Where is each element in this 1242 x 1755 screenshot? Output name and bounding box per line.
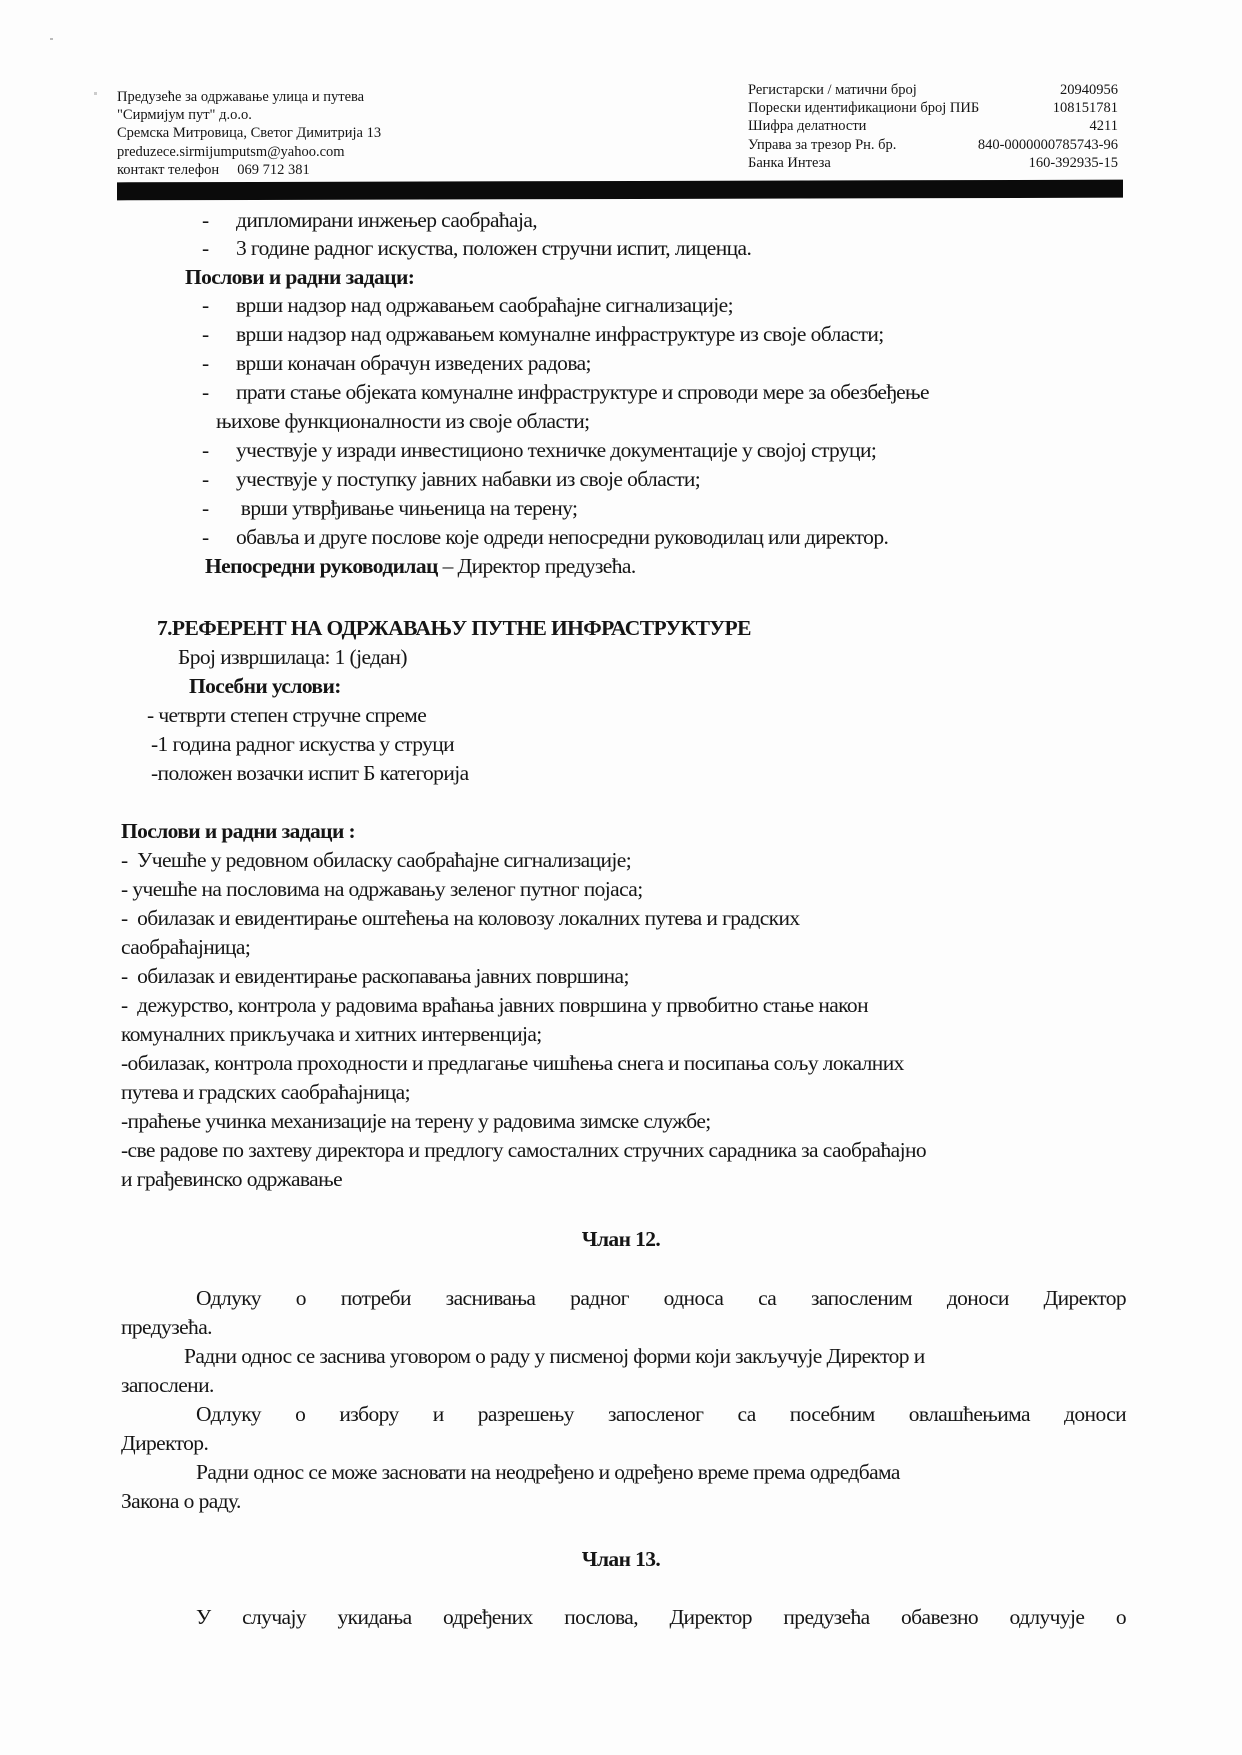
- bullet-dash: -: [202, 321, 209, 347]
- scan-speck: [50, 38, 53, 40]
- bullet-dash: -: [202, 350, 209, 376]
- registry-row: Шифра делатности4211: [748, 117, 1118, 135]
- task-item: - Учешће у редовном обиласку саобраћајне…: [121, 847, 631, 873]
- task-item: врши утврђивање чињеница на терену;: [236, 495, 577, 521]
- article-paragraph-continuation: запослени.: [121, 1372, 214, 1398]
- article-paragraph: Радни однос се може засновати на неодређ…: [196, 1459, 900, 1485]
- task-item-continuation: и грађевинско одржавање: [121, 1166, 342, 1192]
- company-short-name: "Сирмијум пут" д.о.о.: [117, 106, 381, 124]
- supervisor-line: Непосредни руководилац – Директор предуз…: [205, 553, 636, 579]
- task-item: - дежурство, контрола у радовима враћања…: [121, 992, 868, 1018]
- condition-item: - четврти степен стручне спреме: [147, 702, 426, 728]
- bullet-dash: -: [202, 292, 209, 318]
- registry-row: Регистарски / матични број20940956: [748, 81, 1118, 99]
- article-paragraph: Радни однос се заснива уговором о раду у…: [184, 1343, 925, 1369]
- registry-row: Банка Интеза160-392935-15: [748, 154, 1118, 172]
- company-phone: контакт телефон 069 712 381: [117, 161, 381, 179]
- registry-row: Порески идентификациони број ПИБ10815178…: [748, 99, 1118, 117]
- company-name: Предузеће за одржавање улица и путева: [117, 88, 381, 106]
- section-title: 7.РЕФЕРЕНТ НА ОДРЖАВАЊУ ПУТНЕ ИНФРАСТРУК…: [157, 615, 751, 641]
- task-item: прати стање објеката комуналне инфрастру…: [236, 379, 1116, 405]
- task-item-continuation: саобраћајница;: [121, 934, 250, 960]
- bullet-dash: -: [202, 235, 209, 261]
- task-item: -обилазак, контрола проходности и предла…: [121, 1050, 904, 1076]
- tasks-heading: Послови и радни задаци :: [121, 818, 355, 844]
- task-item: врши надзор над одржавањем комуналне инф…: [236, 321, 884, 347]
- condition-item: 3 године радног искуства, положен стручн…: [236, 235, 751, 261]
- bullet-dash: -: [202, 524, 209, 550]
- article-paragraph: У случају укидања одређених послова, Дир…: [196, 1604, 1126, 1630]
- executors-count: Број извршилаца: 1 (један): [178, 644, 407, 670]
- bullet-dash: -: [202, 466, 209, 492]
- company-address: Сремска Митровица, Светог Димитрија 13: [117, 124, 381, 142]
- task-item: врши надзор над одржавањем саобраћајне с…: [236, 292, 733, 318]
- article-paragraph-continuation: Закона о раду.: [121, 1488, 241, 1514]
- task-item-continuation: комуналних прикључака и хитних интервенц…: [121, 1021, 542, 1047]
- article-paragraph-continuation: предузећа.: [121, 1314, 212, 1340]
- article-paragraph: Одлуку о потреби заснивања радног односа…: [196, 1285, 1126, 1311]
- special-conditions-heading: Посебни услови:: [189, 673, 341, 699]
- task-item: учествује у поступку јавних набавки из с…: [236, 466, 700, 492]
- condition-item: дипломирани инжењер саобраћаја,: [236, 207, 537, 233]
- tasks-heading: Послови и радни задаци:: [185, 264, 414, 290]
- article-title: Члан 12.: [0, 1226, 1242, 1252]
- bullet-dash: -: [202, 207, 209, 233]
- task-item-continuation: путева и градских саобраћајница;: [121, 1079, 410, 1105]
- article-paragraph-continuation: Директор.: [121, 1430, 208, 1456]
- task-item: врши коначан обрачун изведених радова;: [236, 350, 591, 376]
- task-item: -праћење учинка механизације на терену у…: [121, 1108, 711, 1134]
- bullet-dash: -: [202, 437, 209, 463]
- letterhead-divider-bar: [117, 180, 1123, 201]
- task-item: - обилазак и евидентирање оштећења на ко…: [121, 905, 800, 931]
- company-email: preduzece.sirmijumputsm@yahoo.com: [117, 143, 381, 161]
- task-item: - обилазак и евидентирање раскопавања ја…: [121, 963, 629, 989]
- letterhead-registry-info: Регистарски / матични број20940956 Порес…: [748, 81, 1118, 172]
- scan-speck: [94, 92, 97, 95]
- letterhead-company-info: Предузеће за одржавање улица и путева "С…: [117, 88, 381, 179]
- task-item: обавља и друге послове које одреди непос…: [236, 524, 888, 550]
- article-title: Члан 13.: [0, 1546, 1242, 1572]
- bullet-dash: -: [202, 379, 209, 405]
- condition-item: -положен возачки испит Б категорија: [151, 760, 469, 786]
- supervisor-label: Непосредни руководилац: [205, 554, 438, 578]
- registry-row: Управа за трезор Рн. бр.840-000000078574…: [748, 136, 1118, 154]
- article-paragraph: Одлуку о избору и разрешењу запосленог с…: [196, 1401, 1126, 1427]
- bullet-dash: -: [202, 495, 209, 521]
- task-item: - учешће на пословима на одржавању зелен…: [121, 876, 643, 902]
- condition-item: -1 година радног искуства у струци: [151, 731, 454, 757]
- task-item: учествује у изради инвестиционо техничке…: [236, 437, 876, 463]
- task-item: -све радове по захтеву директора и предл…: [121, 1137, 926, 1163]
- supervisor-value: – Директор предузећа.: [438, 554, 636, 578]
- task-item-continuation: њихове функционалности из своје области;: [216, 408, 590, 434]
